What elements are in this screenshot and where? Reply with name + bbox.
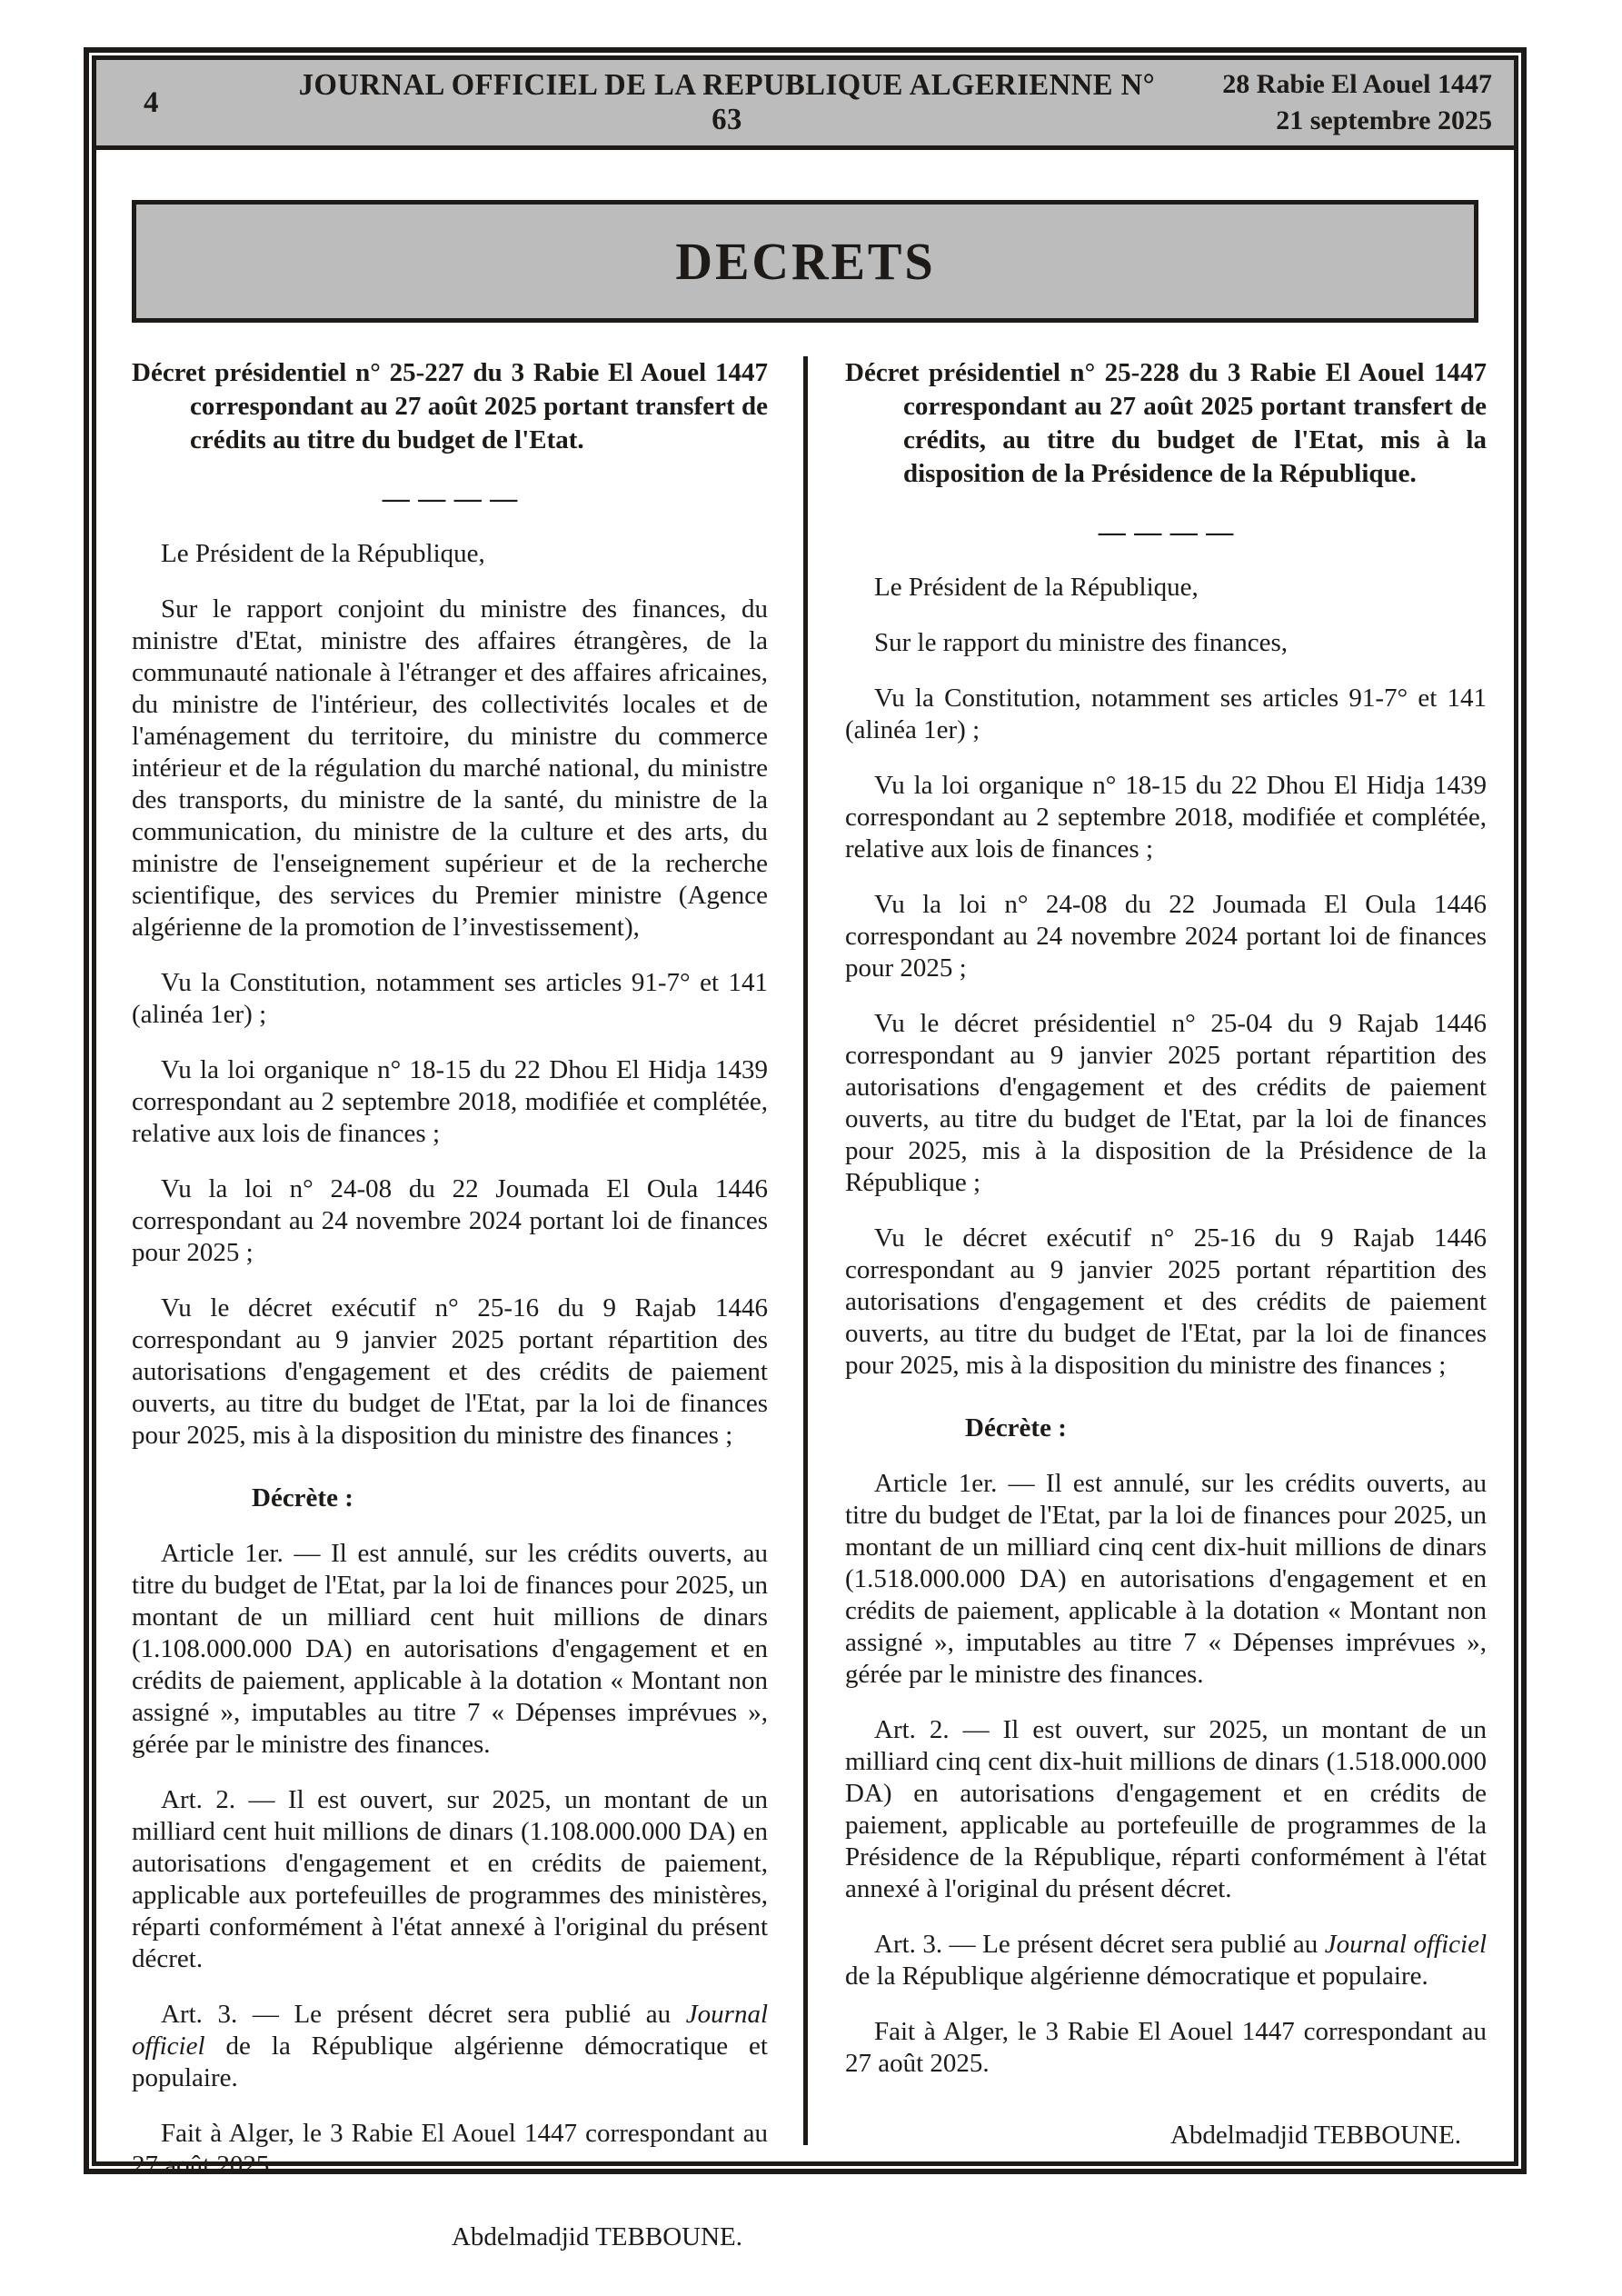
paragraph: Le Président de la République, [132, 538, 768, 570]
paragraph: Vu le décret exécutif n° 25-16 du 9 Raja… [845, 1223, 1487, 1382]
page-number: 4 [96, 86, 262, 120]
decrets-section-title: DECRETS [675, 231, 935, 292]
decree-article-right: Décret présidentiel n° 25-228 du 3 Rabie… [845, 356, 1487, 2151]
paragraph: Vu la loi organique n° 18-15 du 22 Dhou … [132, 1054, 768, 1150]
decree-title: Décret présidentiel n° 25-227 du 3 Rabie… [132, 356, 768, 457]
paragraph: Vu la loi n° 24-08 du 22 Joumada El Oula… [845, 889, 1487, 984]
column-divider [803, 356, 808, 2145]
paragraph: Art. 2. — Il est ouvert, sur 2025, un mo… [845, 1714, 1487, 1905]
journal-page: { "page": { "number": "4", "journal_titl… [0, 0, 1622, 2296]
date-gregorian: 21 septembre 2025 [1192, 103, 1492, 139]
page-frame-inner: 4 JOURNAL OFFICIEL DE LA REPUBLIQUE ALGE… [92, 55, 1518, 2166]
issue-dates: 28 Rabie El Aouel 1447 21 septembre 2025 [1192, 66, 1514, 139]
page-frame: 4 JOURNAL OFFICIEL DE LA REPUBLIQUE ALGE… [84, 47, 1527, 2174]
decree-separator: — — — — [132, 483, 768, 514]
paragraph: Art. 2. — Il est ouvert, sur 2025, un mo… [132, 1784, 768, 1975]
paragraph: Sur le rapport du ministre des finances, [845, 627, 1487, 659]
paragraph: Art. 3. — Le présent décret sera publié … [845, 1929, 1487, 1992]
decrete-label: Décrète : [252, 1482, 768, 1514]
paragraph: Le Président de la République, [845, 572, 1487, 604]
header-bar: 4 JOURNAL OFFICIEL DE LA REPUBLIQUE ALGE… [96, 60, 1514, 150]
paragraph: Vu la loi n° 24-08 du 22 Joumada El Oula… [132, 1173, 768, 1269]
paragraph: Sur le rapport conjoint du ministre des … [132, 594, 768, 943]
decrees-columns: Décret présidentiel n° 25-227 du 3 Rabie… [96, 356, 1514, 2161]
decrets-banner: DECRETS [132, 200, 1478, 323]
paragraph: Article 1er. — Il est annulé, sur les cr… [132, 1538, 768, 1761]
date-hijri: 28 Rabie El Aouel 1447 [1192, 66, 1492, 103]
paragraph: Fait à Alger, le 3 Rabie El Aouel 1447 c… [845, 2016, 1487, 2080]
paragraph: Vu le décret présidentiel n° 25-04 du 9 … [845, 1008, 1487, 1199]
paragraph: Vu le décret exécutif n° 25-16 du 9 Raja… [132, 1293, 768, 1452]
decree-signature: Abdelmadjid TEBBOUNE. [845, 2120, 1487, 2151]
decree-title: Décret présidentiel n° 25-228 du 3 Rabie… [845, 356, 1487, 491]
paragraph: Vu la Constitution, notamment ses articl… [845, 683, 1487, 746]
decree-signature: Abdelmadjid TEBBOUNE. [132, 2221, 768, 2253]
paragraph: Article 1er. — Il est annulé, sur les cr… [845, 1468, 1487, 1691]
journal-title: JOURNAL OFFICIEL DE LA REPUBLIQUE ALGERI… [280, 68, 1173, 137]
decree-separator: — — — — [845, 516, 1487, 548]
decree-article-left: Décret présidentiel n° 25-227 du 3 Rabie… [132, 356, 768, 2253]
paragraph: Vu la Constitution, notamment ses articl… [132, 967, 768, 1031]
paragraph: Vu la loi organique n° 18-15 du 22 Dhou … [845, 770, 1487, 865]
paragraph: Art. 3. — Le présent décret sera publié … [132, 1999, 768, 2094]
paragraph: Fait à Alger, le 3 Rabie El Aouel 1447 c… [132, 2118, 768, 2181]
decree-paragraphs: Le Président de la République,Sur le rap… [845, 572, 1487, 2151]
decrete-label: Décrète : [965, 1413, 1487, 1444]
decree-paragraphs: Le Président de la République,Sur le rap… [132, 538, 768, 2253]
